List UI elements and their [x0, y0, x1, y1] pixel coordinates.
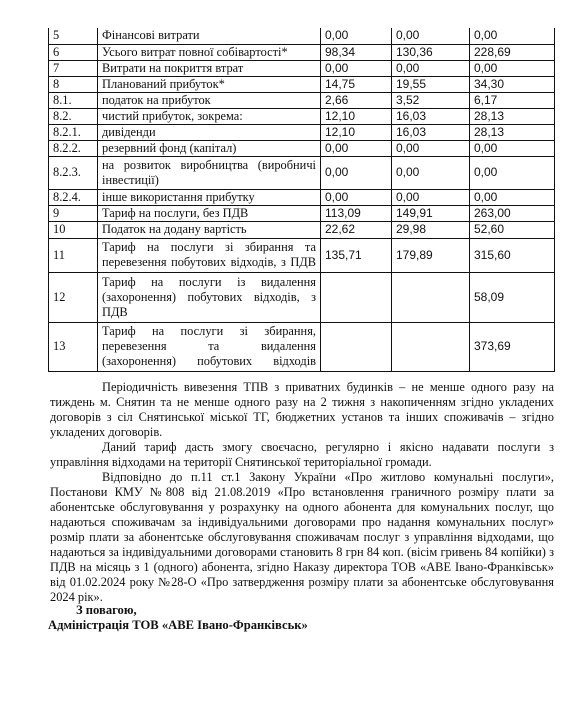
value-col-2: 179,89	[392, 238, 470, 272]
value-col-2: 16,03	[392, 124, 470, 140]
value-col-2	[392, 322, 470, 371]
row-code: 8.2.4.	[49, 189, 98, 205]
signature-organization: Адміністрація ТОВ «АВЕ Івано-Франківськ»	[48, 618, 308, 633]
row-code: 8.2.3.	[49, 156, 98, 189]
value-col-1: 113,09	[321, 205, 392, 221]
value-col-1: 0,00	[321, 156, 392, 189]
value-col-1: 2,66	[321, 92, 392, 108]
tariff-table: 5Фінансові витрати0,000,000,006Усього ви…	[48, 28, 555, 372]
row-code: 6	[49, 44, 98, 60]
row-label: дивіденди	[98, 124, 321, 140]
table-row: 8.2.чистий прибуток, зокрема:12,1016,032…	[49, 108, 555, 124]
value-col-1: 0,00	[321, 189, 392, 205]
row-label: Тариф на послуги зі збирання та перевезе…	[98, 238, 321, 272]
paragraph-tariff-benefit: Даний тариф дасть змогу своєчасно, регул…	[50, 440, 554, 470]
row-label: Тариф на послуги, без ПДВ	[98, 205, 321, 221]
value-col-3: 0,00	[470, 189, 555, 205]
row-label: чистий прибуток, зокрема:	[98, 108, 321, 124]
value-col-1: 0,00	[321, 28, 392, 44]
row-label: Тариф на послуги із видалення (захоронен…	[98, 272, 321, 322]
value-col-3: 0,00	[470, 140, 555, 156]
value-col-3: 34,30	[470, 76, 555, 92]
row-code: 9	[49, 205, 98, 221]
value-col-1: 98,34	[321, 44, 392, 60]
value-col-3: 228,69	[470, 44, 555, 60]
table-row: 6Усього витрат повної собівартості*98,34…	[49, 44, 555, 60]
row-code: 8.1.	[49, 92, 98, 108]
row-label: Податок на додану вартість	[98, 221, 321, 238]
signature-greeting: З повагою,	[48, 603, 308, 618]
value-col-1: 12,10	[321, 124, 392, 140]
value-col-2: 0,00	[392, 189, 470, 205]
value-col-3: 58,09	[470, 272, 555, 322]
row-label: Витрати на покриття втрат	[98, 60, 321, 76]
value-col-2: 130,36	[392, 44, 470, 60]
row-label: Фінансові витрати	[98, 28, 321, 44]
table-row: 10Податок на додану вартість22,6229,9852…	[49, 221, 555, 238]
paragraph-subscription-fee: Відповідно до п.11 ст.1 Закону України «…	[50, 470, 554, 605]
value-col-2: 0,00	[392, 140, 470, 156]
row-label: інше використання прибутку	[98, 189, 321, 205]
value-col-1	[321, 322, 392, 371]
value-col-3: 28,13	[470, 124, 555, 140]
table-row: 13Тариф на послуги зі збирання, перевезе…	[49, 322, 555, 371]
table-row: 8.2.3.на розвиток виробництва (виробничі…	[49, 156, 555, 189]
row-label: на розвиток виробництва (виробничі інвес…	[98, 156, 321, 189]
value-col-1: 22,62	[321, 221, 392, 238]
row-label: податок на прибуток	[98, 92, 321, 108]
value-col-1	[321, 272, 392, 322]
row-code: 12	[49, 272, 98, 322]
body-text: Періодичність вивезення ТПВ з приватних …	[50, 380, 554, 605]
table-row: 8.2.1.дивіденди12,1016,0328,13	[49, 124, 555, 140]
value-col-2: 29,98	[392, 221, 470, 238]
row-code: 8.2.2.	[49, 140, 98, 156]
table-row: 5Фінансові витрати0,000,000,00	[49, 28, 555, 44]
row-label: Усього витрат повної собівартості*	[98, 44, 321, 60]
value-col-1: 14,75	[321, 76, 392, 92]
value-col-3: 6,17	[470, 92, 555, 108]
value-col-1: 135,71	[321, 238, 392, 272]
row-code: 7	[49, 60, 98, 76]
signature-block: З повагою, Адміністрація ТОВ «АВЕ Івано-…	[48, 603, 308, 633]
value-col-2: 0,00	[392, 156, 470, 189]
value-col-3: 373,69	[470, 322, 555, 371]
row-label: резервний фонд (капітал)	[98, 140, 321, 156]
value-col-3: 28,13	[470, 108, 555, 124]
value-col-3: 0,00	[470, 60, 555, 76]
value-col-1: 0,00	[321, 140, 392, 156]
value-col-3: 0,00	[470, 156, 555, 189]
paragraph-frequency: Періодичність вивезення ТПВ з приватних …	[50, 380, 554, 440]
value-col-2: 149,91	[392, 205, 470, 221]
value-col-1: 12,10	[321, 108, 392, 124]
row-code: 8.2.1.	[49, 124, 98, 140]
table-row: 8.2.2.резервний фонд (капітал)0,000,000,…	[49, 140, 555, 156]
value-col-3: 315,60	[470, 238, 555, 272]
row-code: 11	[49, 238, 98, 272]
row-label: Планований прибуток*	[98, 76, 321, 92]
row-code: 8	[49, 76, 98, 92]
table-row: 8.1.податок на прибуток2,663,526,17	[49, 92, 555, 108]
row-code: 10	[49, 221, 98, 238]
value-col-2: 3,52	[392, 92, 470, 108]
value-col-3: 52,60	[470, 221, 555, 238]
table-row: 8Планований прибуток*14,7519,5534,30	[49, 76, 555, 92]
table-row: 12Тариф на послуги із видалення (захорон…	[49, 272, 555, 322]
value-col-2	[392, 272, 470, 322]
value-col-3: 0,00	[470, 28, 555, 44]
row-code: 13	[49, 322, 98, 371]
table-row: 7Витрати на покриття втрат0,000,000,00	[49, 60, 555, 76]
value-col-2: 16,03	[392, 108, 470, 124]
table-row: 8.2.4.інше використання прибутку0,000,00…	[49, 189, 555, 205]
value-col-2: 0,00	[392, 60, 470, 76]
value-col-2: 19,55	[392, 76, 470, 92]
table-row: 9Тариф на послуги, без ПДВ113,09149,9126…	[49, 205, 555, 221]
row-code: 5	[49, 28, 98, 44]
table-row: 11Тариф на послуги зі збирання та переве…	[49, 238, 555, 272]
value-col-2: 0,00	[392, 28, 470, 44]
value-col-1: 0,00	[321, 60, 392, 76]
value-col-3: 263,00	[470, 205, 555, 221]
row-code: 8.2.	[49, 108, 98, 124]
row-label: Тариф на послуги зі збирання, перевезенн…	[98, 322, 321, 371]
